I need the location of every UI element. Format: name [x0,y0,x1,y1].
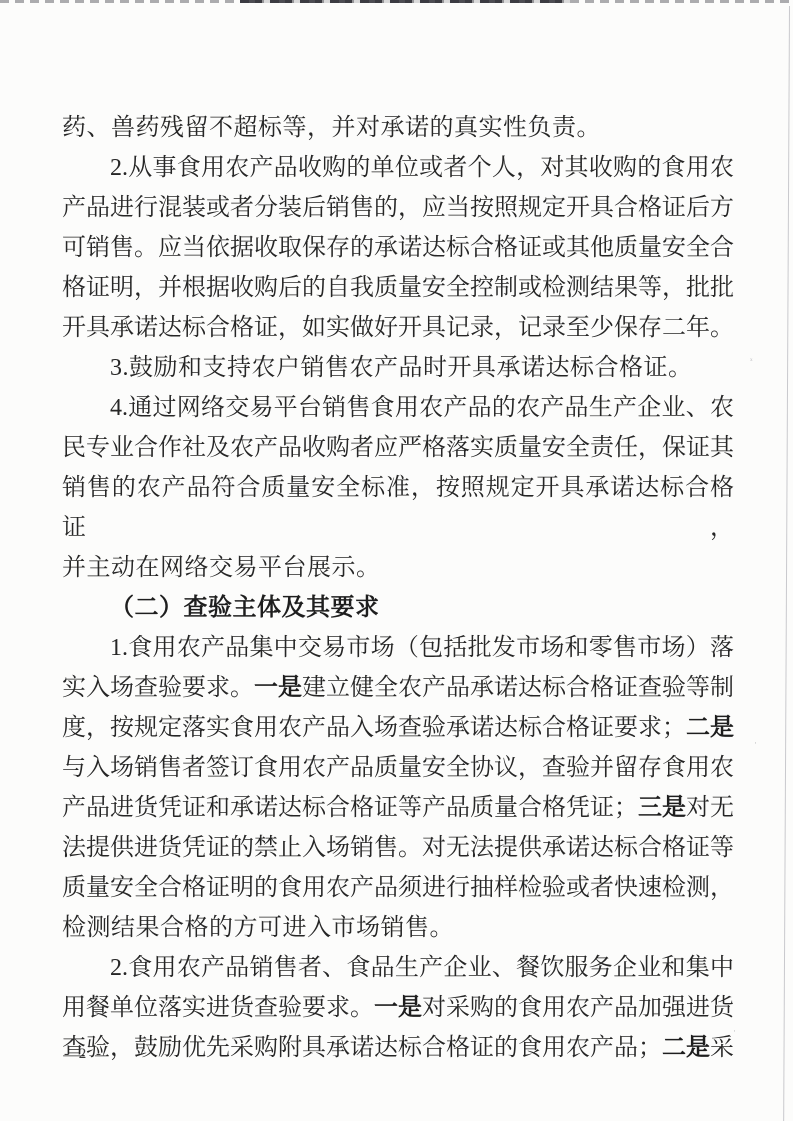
text-segment: 一是 [374,995,422,1021]
text-line: 实入场查验要求。一是建立健全农产品承诺达标合格证查验等制 [62,668,734,708]
text-segment: 并主动在网络交易平台展示。 [62,555,381,581]
text-line: 4.通过网络交易平台销售食用农产品的农产品生产企业、农 [62,388,734,428]
text-line: 开具承诺达标合格证，如实做好开具记录，记录至少保存二年。 [62,308,734,348]
text-segment: 检测结果合格的方可进入市场销售。 [62,915,454,941]
text-segment: 实入场查验要求。 [62,675,254,701]
document-body: 药、兽药残留不超标等，并对承诺的真实性负责。2.从事食用农产品收购的单位或者个人… [62,108,734,1068]
text-segment: 对采购的食用农产品加强进货 [422,995,734,1021]
text-segment: 采 [710,1035,734,1061]
text-segment: 度，按规定落实食用农产品入场查验承诺达标合格证要求； [62,715,686,741]
text-segment: 产品进货凭证和承诺达标合格证等产品质量合格凭证； [62,795,638,821]
text-segment: 开具承诺达标合格证，如实做好开具记录，记录至少保存二年。 [62,315,734,341]
document-page: ₓ · · 药、兽药残留不超标等，并对承诺的真实性负责。2.从事食用农产品收购的… [0,0,793,1121]
scan-speck: ₓ [750,352,753,362]
text-line: 1.食用农产品集中交易市场（包括批发市场和零售市场）落 [62,628,734,668]
text-segment: 药、兽药残留不超标等，并对承诺的真实性负责。 [62,115,601,141]
text-segment: 查验，鼓励优先采购附具承诺达标合格证的食用农产品； [62,1035,662,1061]
text-line: 民专业合作社及农产品收购者应严格落实质量安全责任，保证其 [62,428,734,468]
text-segment: （二）查验主体及其要求 [110,595,380,621]
text-segment: 法提供进货凭证的禁止入场销售。对无法提供承诺达标合格证等 [62,835,734,861]
text-segment: 建立健全农产品承诺达标合格证查验等制 [302,675,734,701]
text-segment: 三是 [638,795,686,821]
text-segment: 一是 [254,675,302,701]
text-segment: 3.鼓励和支持农户销售农产品时开具承诺达标合格证。 [110,355,693,381]
text-line: 可销售。应当依据收取保存的承诺达标合格证或其他质量安全合 [62,228,734,268]
text-line: 与入场销售者签订食用农产品质量安全协议，查验并留存食用农 [62,748,734,788]
text-segment: 2.从事食用农产品收购的单位或者个人，对其收购的食用农 [110,155,734,181]
text-segment: 二是 [662,1035,710,1061]
text-segment: 格证明，并根据收购后的自我质量安全控制或检测结果等，批批 [62,275,734,301]
text-line: 检测结果合格的方可进入市场销售。 [62,908,734,948]
text-segment: 质量安全合格证明的食用农产品须进行抽样检验或者快速检测， [62,875,734,901]
text-line: 3.鼓励和支持农户销售农产品时开具承诺达标合格证。 [62,348,734,388]
text-line: 度，按规定落实食用农产品入场查验承诺达标合格证要求；二是 [62,708,734,748]
text-line: 用餐单位落实进货查验要求。一是对采购的食用农产品加强进货 [62,988,734,1028]
text-line: 质量安全合格证明的食用农产品须进行抽样检验或者快速检测， [62,868,734,908]
text-segment: 1.食用农产品集中交易市场（包括批发市场和零售市场）落 [110,635,734,661]
text-segment: 产品进行混装或者分装后销售的，应当按照规定开具合格证后方 [62,195,734,221]
page-number: - 2 - [64,1046,104,1063]
text-segment: 二是 [686,715,734,741]
text-line: 药、兽药残留不超标等，并对承诺的真实性负责。 [62,108,734,148]
text-line: 查验，鼓励优先采购附具承诺达标合格证的食用农产品；二是采 [62,1028,734,1068]
text-segment: 可销售。应当依据收取保存的承诺达标合格证或其他质量安全合 [62,235,734,261]
text-line: 销售的农产品符合质量安全标准，按照规定开具承诺达标合格证， [62,468,734,548]
text-line: 并主动在网络交易平台展示。 [62,548,734,588]
text-segment: 与入场销售者签订食用农产品质量安全协议，查验并留存食用农 [62,755,734,781]
text-line: 产品进货凭证和承诺达标合格证等产品质量合格凭证；三是对无 [62,788,734,828]
scan-top-edge-artifact-dark [240,0,570,3]
text-segment: 2.食用农产品销售者、食品生产企业、餐饮服务企业和集中 [110,955,734,981]
text-line: 格证明，并根据收购后的自我质量安全控制或检测结果等，批批 [62,268,734,308]
text-segment: 销售的农产品符合质量安全标准，按照规定开具承诺达标合格证， [62,475,734,541]
scan-speck: · [754,738,757,748]
text-segment: 对无 [686,795,734,821]
text-segment: 4.通过网络交易平台销售食用农产品的农产品生产企业、农 [110,395,734,421]
section-heading: （二）查验主体及其要求 [62,588,734,628]
text-line: 2.食用农产品销售者、食品生产企业、餐饮服务企业和集中 [62,948,734,988]
text-line: 法提供进货凭证的禁止入场销售。对无法提供承诺达标合格证等 [62,828,734,868]
scan-right-edge-line-artifact [783,6,790,1121]
text-line: 2.从事食用农产品收购的单位或者个人，对其收购的食用农 [62,148,734,188]
text-segment: 用餐单位落实进货查验要求。 [62,995,374,1021]
text-segment: 民专业合作社及农产品收购者应严格落实质量安全责任，保证其 [62,435,734,461]
text-line: 产品进行混装或者分装后销售的，应当按照规定开具合格证后方 [62,188,734,228]
